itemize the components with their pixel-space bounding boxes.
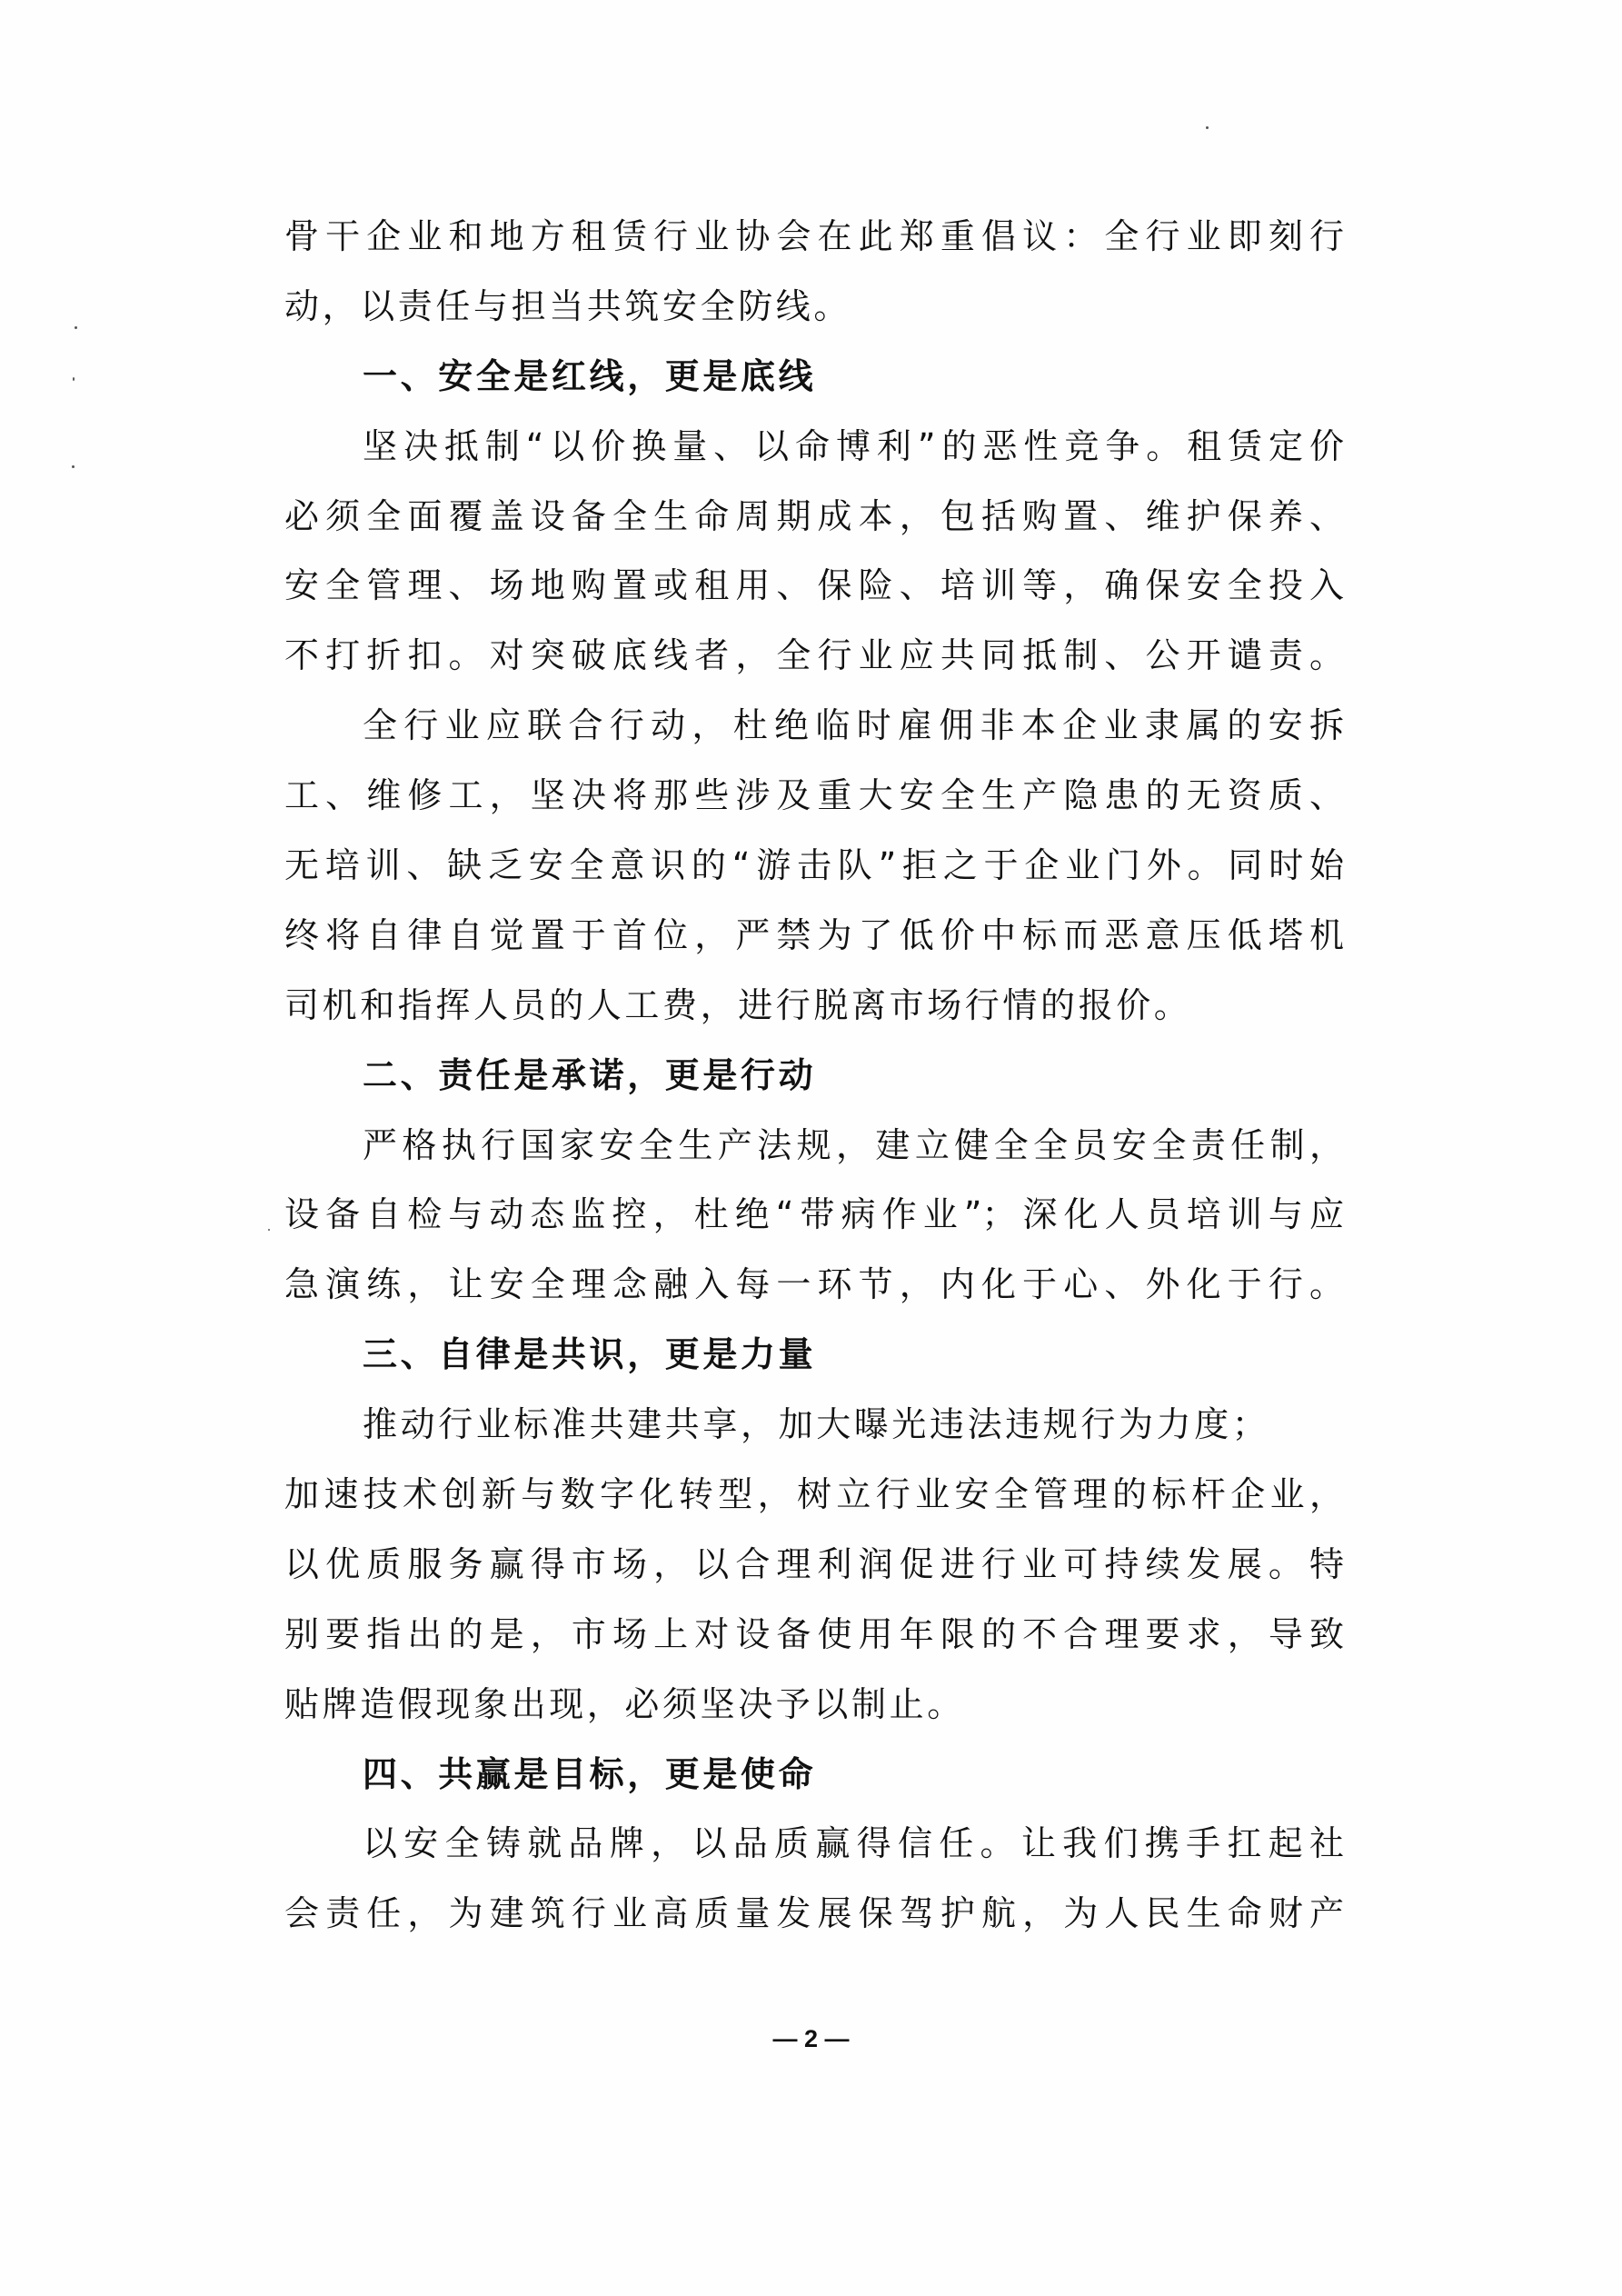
- body-line: 以优质服务赢得市场，以合理利润促进行业可持续发展。特: [284, 1530, 1344, 1600]
- body-line: 司机和指挥人员的人工费，进行脱离市场行情的报价。: [284, 971, 1344, 1041]
- body-line: 安全管理、场地购置或租用、保险、培训等，确保安全投入: [284, 551, 1344, 621]
- body-line: 加速技术创新与数字化转型，树立行业安全管理的标杆企业，: [284, 1460, 1344, 1530]
- paragraph-start-line: 全行业应联合行动，杜绝临时雇佣非本企业隶属的安拆: [284, 691, 1344, 761]
- paragraph-start-line: 严格执行国家安全生产法规，建立健全全员安全责任制，: [284, 1111, 1344, 1181]
- body-line: 贴牌造假现象出现，必须坚决予以制止。: [284, 1670, 1344, 1740]
- body-line: 终将自律自觉置于首位，严禁为了低价中标而恶意压低塔机: [284, 901, 1344, 971]
- body-line: 设备自检与动态监控，杜绝“带病作业”；深化人员培训与应: [284, 1180, 1344, 1250]
- document-body: 骨干企业和地方租赁行业协会在此郑重倡议：全行业即刻行 动，以责任与担当共筑安全防…: [284, 202, 1344, 1949]
- body-line: 无培训、缺乏安全意识的“游击队”拒之于企业门外。同时始: [284, 831, 1344, 901]
- paragraph-start-line: 以安全铸就品牌，以品质赢得信任。让我们携手扛起社: [284, 1809, 1344, 1879]
- section-heading-1: 一、安全是红线，更是底线: [284, 342, 1344, 412]
- body-line: 急演练，让安全理念融入每一环节，内化于心、外化于行。: [284, 1250, 1344, 1320]
- paragraph-start-line: 坚决抵制“以价换量、以命博利”的恶性竞争。租赁定价: [284, 412, 1344, 482]
- body-line: 骨干企业和地方租赁行业协会在此郑重倡议：全行业即刻行: [284, 202, 1344, 272]
- body-line: 工、维修工，坚决将那些涉及重大安全生产隐患的无资质、: [284, 761, 1344, 831]
- scan-speck: [75, 326, 77, 329]
- body-line: 别要指出的是，市场上对设备使用年限的不合理要求，导致: [284, 1600, 1344, 1670]
- body-line: 动，以责任与担当共筑安全防线。: [284, 272, 1344, 342]
- section-heading-3: 三、自律是共识，更是力量: [284, 1320, 1344, 1390]
- body-line: 必须全面覆盖设备全生命周期成本，包括购置、维护保养、: [284, 482, 1344, 552]
- section-heading-4: 四、共赢是目标，更是使命: [284, 1740, 1344, 1810]
- scan-speck: [73, 377, 75, 381]
- body-line: 会责任，为建筑行业高质量发展保驾护航，为人民生命财产: [284, 1879, 1344, 1949]
- scan-speck: [1206, 126, 1209, 129]
- paragraph-start-line: 推动行业标准共建共享，加大曝光违法违规行为力度；: [284, 1390, 1344, 1460]
- document-page: 骨干企业和地方租赁行业协会在此郑重倡议：全行业即刻行 动，以责任与担当共筑安全防…: [0, 0, 1622, 2296]
- scan-speck: [268, 1229, 270, 1231]
- body-line: 不打折扣。对突破底线者，全行业应共同抵制、公开谴责。: [284, 621, 1344, 691]
- scan-speck: [72, 465, 75, 468]
- page-number: — 2 —: [0, 2025, 1622, 2053]
- section-heading-2: 二、责任是承诺，更是行动: [284, 1041, 1344, 1111]
